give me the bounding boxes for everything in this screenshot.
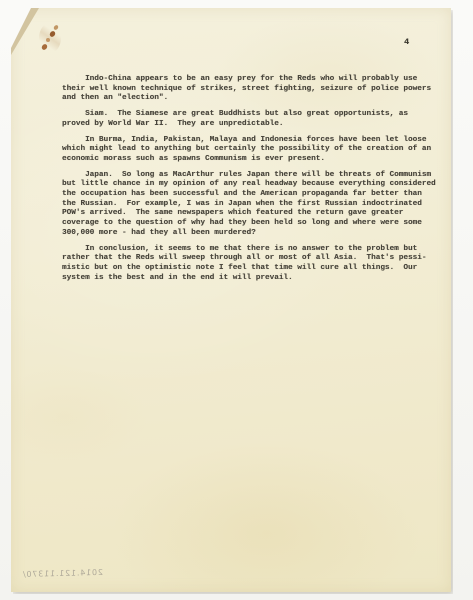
accession-number: 2014.121.11370/ bbox=[17, 568, 103, 579]
document-body: Indo-China appears to be an easy prey fo… bbox=[62, 75, 448, 289]
paragraph-japan: Japan. So long as MacArthur rules Japan … bbox=[62, 171, 448, 239]
paragraph-conclusion: In conclusion, it seems to me that there… bbox=[62, 245, 448, 284]
page-number: 4 bbox=[404, 37, 409, 47]
rust-stain bbox=[41, 25, 65, 53]
paragraph-burma: In Burma, India, Pakistan, Malaya and In… bbox=[62, 136, 448, 165]
paragraph-indochina: Indo-China appears to be an easy prey fo… bbox=[62, 75, 448, 104]
scan-background: 4 Indo-China appears to be an easy prey … bbox=[0, 0, 473, 600]
document-page: 4 Indo-China appears to be an easy prey … bbox=[11, 8, 451, 592]
paragraph-siam: Siam. The Siamese are great Buddhists bu… bbox=[62, 110, 448, 129]
